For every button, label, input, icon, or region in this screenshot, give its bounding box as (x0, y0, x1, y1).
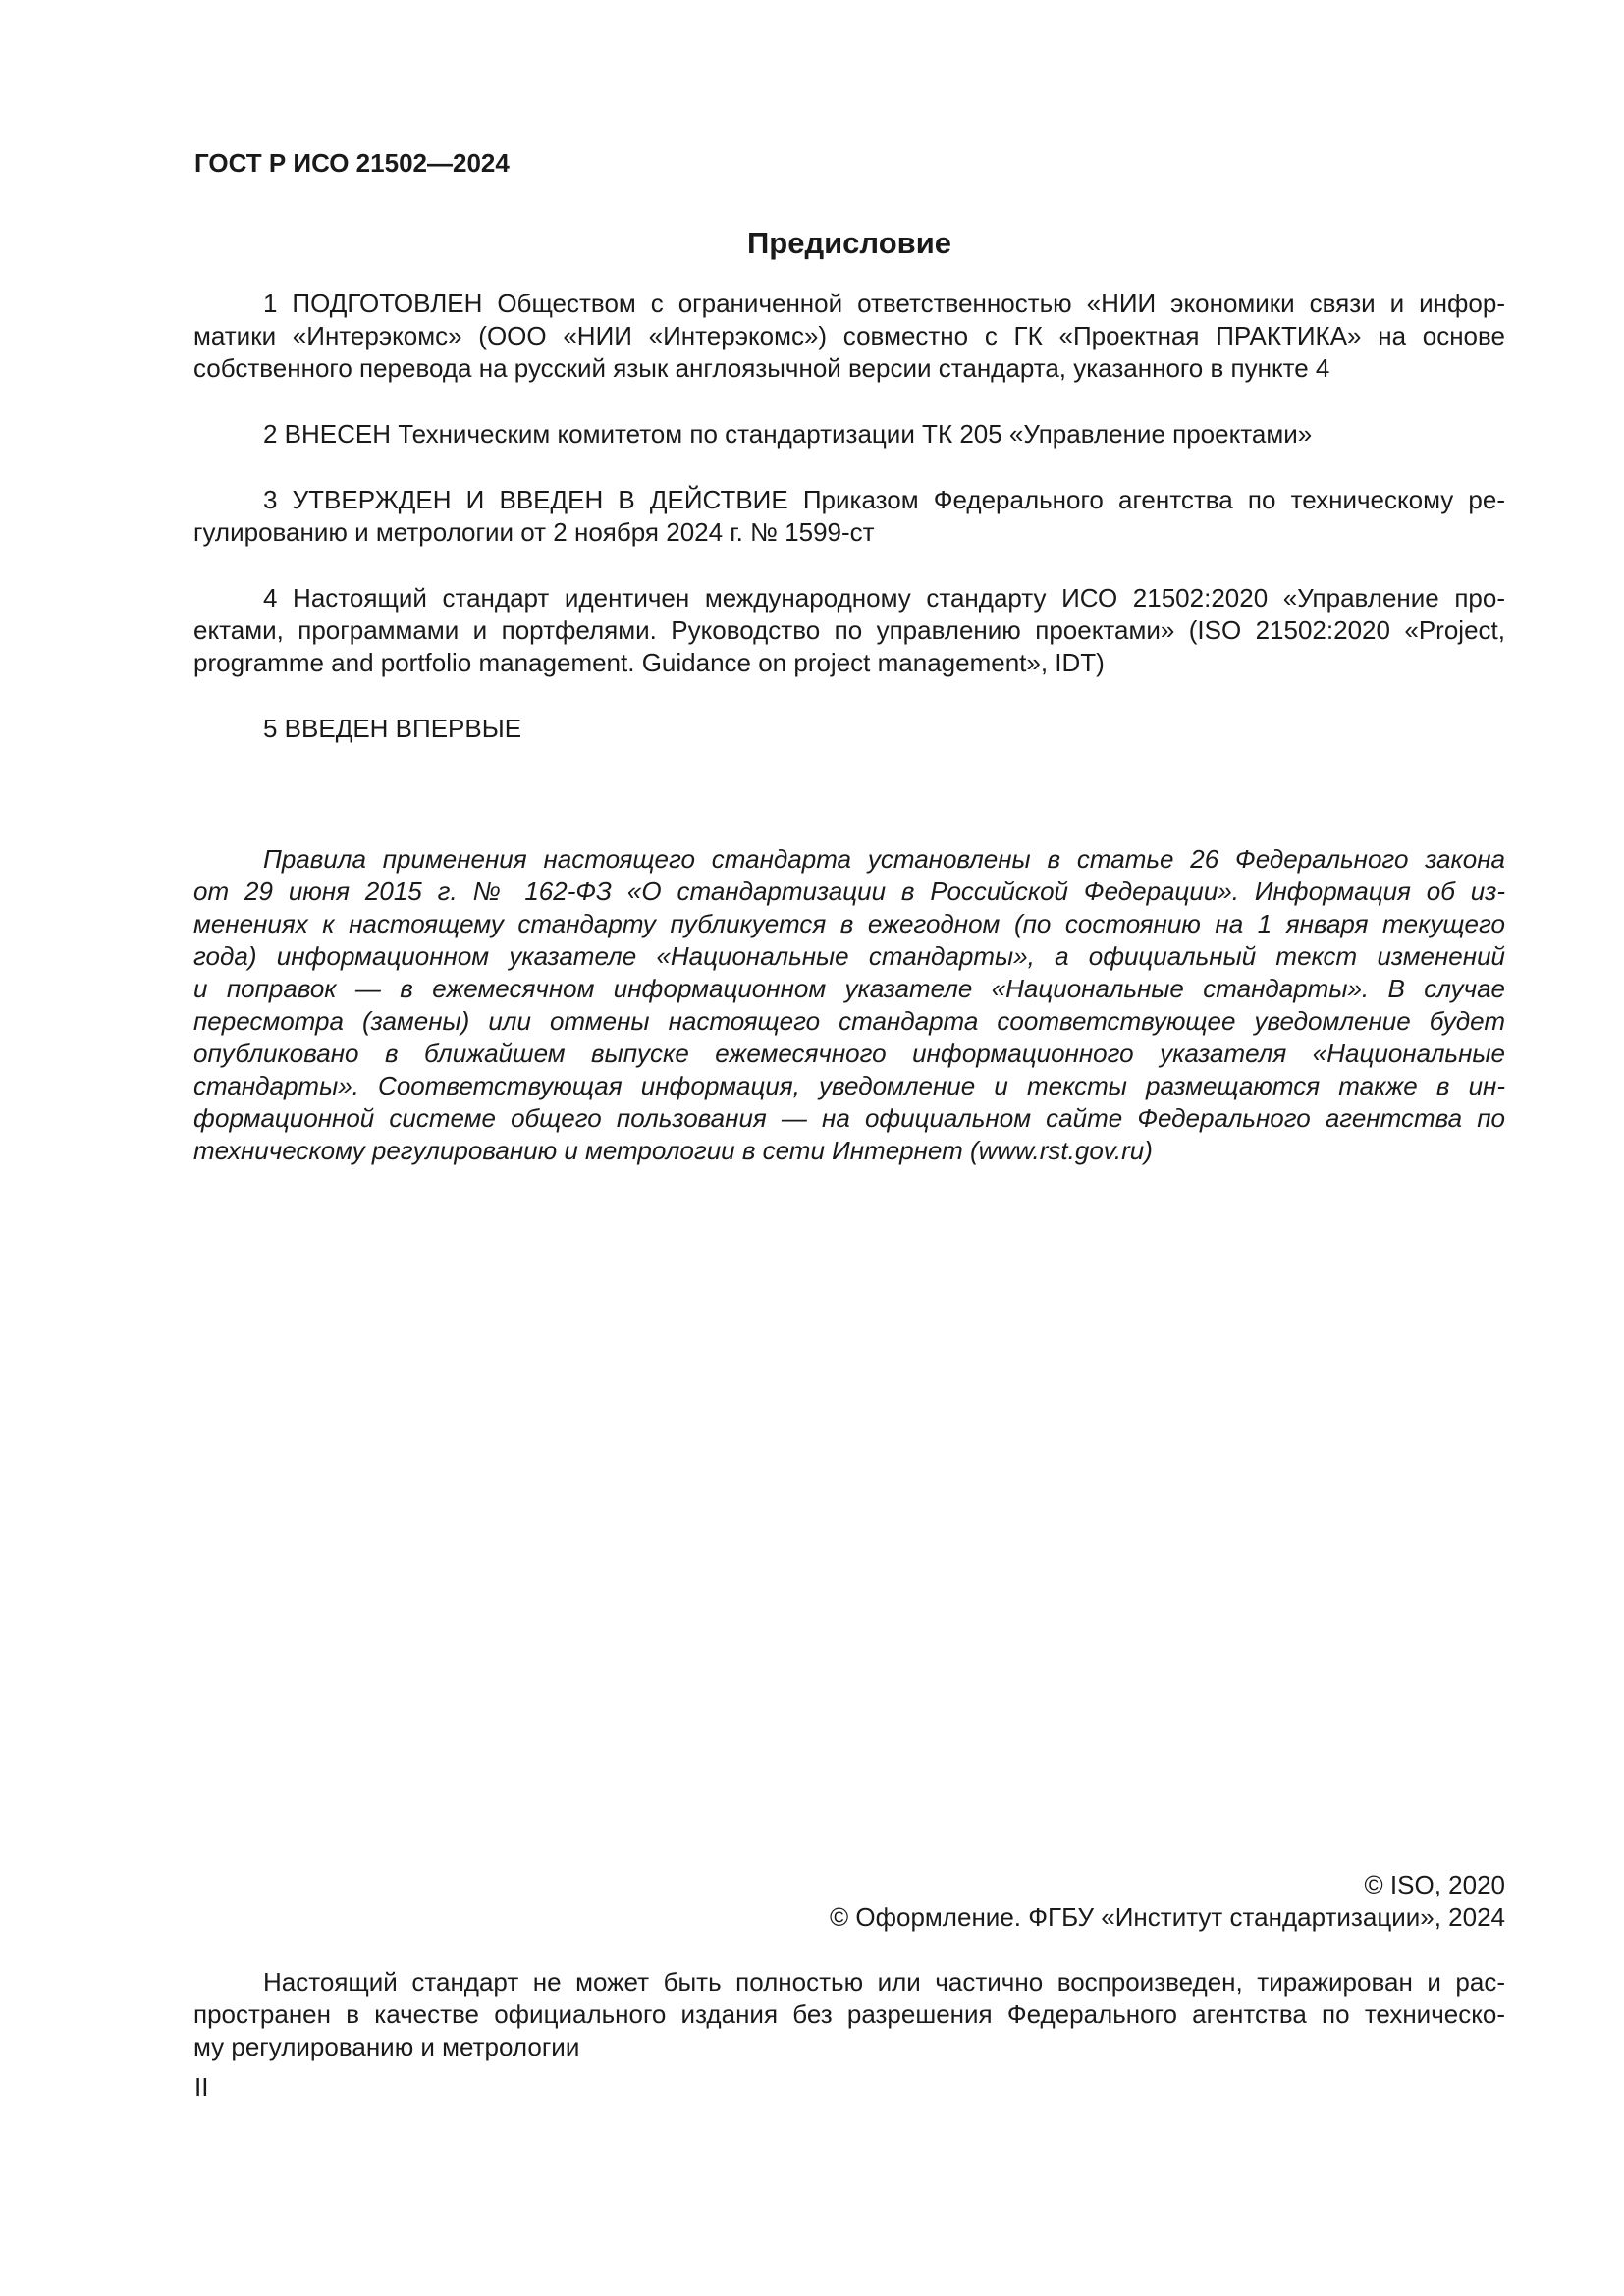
text-line: 1 ПОДГОТОВЛЕН Обществом с ограниченной о… (193, 288, 1505, 320)
text-line: му регулированию и метрологии (193, 2031, 1505, 2063)
text-line: стандарты». Соответствующая информация, … (193, 1070, 1505, 1102)
text-line: матики «Интерэкомс» (ООО «НИИ «Интерэком… (193, 320, 1505, 352)
text-line: опубликовано в ближайшем выпуске ежемеся… (193, 1038, 1505, 1070)
text-line: формационной системе общего пользования … (193, 1102, 1505, 1135)
foreword-item-1: 1 ПОДГОТОВЛЕН Обществом с ограниченной о… (193, 288, 1505, 385)
copyright-design: © Оформление. ФГБУ «Институт стандартиза… (830, 1901, 1505, 1934)
text-line: техническому регулированию и метрологии … (193, 1135, 1505, 1167)
text-line: года) информационном указателе «Национал… (193, 940, 1505, 973)
text-line: собственного перевода на русский язык ан… (193, 352, 1505, 385)
text-line: ектами, программами и портфелями. Руково… (193, 614, 1505, 647)
text-line: пространен в качестве официального издан… (193, 1999, 1505, 2031)
text-line: Правила применения настоящего стандарта … (193, 843, 1505, 876)
foreword-item-5: 5 ВВЕДЕН ВПЕРВЫЕ (193, 713, 1505, 745)
text-line: programme and portfolio management. Guid… (193, 647, 1505, 679)
foreword-item-4: 4 Настоящий стандарт идентичен междунаро… (193, 582, 1505, 679)
foreword-item-2: 2 ВНЕСЕН Техническим комитетом по станда… (193, 418, 1505, 451)
text-line: Настоящий стандарт не может быть полност… (193, 1966, 1505, 1999)
text-line: 2 ВНЕСЕН Техническим комитетом по станда… (193, 418, 1505, 451)
foreword-item-3: 3 УТВЕРЖДЕН И ВВЕДЕН В ДЕЙСТВИЕ Приказом… (193, 484, 1505, 549)
text-line: и поправок — в ежемесячном информационно… (193, 973, 1505, 1005)
text-line: 3 УТВЕРЖДЕН И ВВЕДЕН В ДЕЙСТВИЕ Приказом… (193, 484, 1505, 516)
text-line: гулированию и метрологии от 2 ноября 202… (193, 516, 1505, 549)
document-designation: ГОСТ Р ИСО 21502—2024 (194, 147, 510, 180)
text-line: пересмотра (замены) или отмены настоящег… (193, 1005, 1505, 1038)
text-line: 5 ВВЕДЕН ВПЕРВЫЕ (193, 713, 1505, 745)
text-line: от 29 июня 2015 г. № 162-ФЗ «О стандарти… (193, 876, 1505, 908)
application-rules-notice: Правила применения настоящего стандарта … (193, 843, 1505, 1167)
page-number: II (194, 2071, 208, 2104)
copyright-iso: © ISO, 2020 (1365, 1869, 1505, 1901)
reproduction-notice: Настоящий стандарт не может быть полност… (193, 1966, 1505, 2063)
text-line: 4 Настоящий стандарт идентичен междунаро… (193, 582, 1505, 614)
page-title: Предисловие (193, 226, 1505, 261)
text-line: менениях к настоящему стандарту публикуе… (193, 908, 1505, 940)
